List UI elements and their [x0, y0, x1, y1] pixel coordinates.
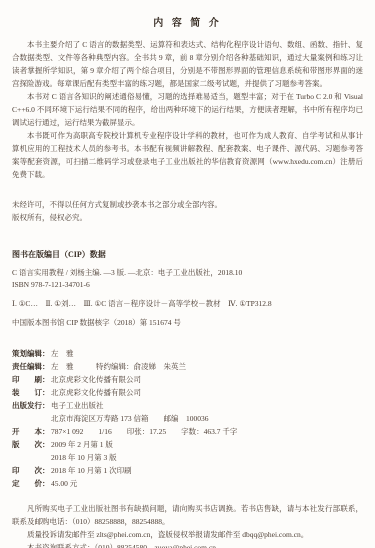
colophon-label: 印 次： [12, 464, 51, 477]
colophon-row-publisher-address: 北京市海淀区万寿路 173 信箱 邮编 100036 [12, 412, 363, 425]
summary-paragraph-2: 本书对 C 语言各知识的阐述通俗易懂，习题的选择难易适当，题型丰富；对于在 Tu… [12, 90, 363, 129]
colophon-label: 责任编辑： [12, 360, 51, 373]
colophon-row-printer: 印 刷： 北京虎彩文化传播有限公司 [12, 373, 363, 386]
cip-classification-line: Ⅰ. ①C… Ⅱ. ①刘… Ⅲ. ①C 语言－程序设计－高等学校－教材 Ⅳ. ①… [12, 298, 363, 310]
colophon-row-edition: 版 次： 2009 年 2 月第 1 版 [12, 438, 363, 451]
colophon-row-binder: 装 订： 北京虎彩文化传播有限公司 [12, 386, 363, 399]
colophon-value: 北京虎彩文化传播有限公司 [51, 386, 141, 399]
colophon-row-impression: 印 次： 2018 年 10 月第 1 次印刷 [12, 464, 363, 477]
colophon-row-edition-continued: 2018 年 10 月第 3 版 [12, 451, 363, 464]
colophon-value: 左 雅 [51, 347, 74, 360]
copyright-notice-line-2: 版权所有，侵权必究。 [12, 211, 363, 224]
colophon-value: 电子工业出版社 [51, 399, 104, 412]
colophon-label: 版 次： [12, 438, 51, 451]
colophon-row-planning-editor: 策划编辑： 左 雅 [12, 347, 363, 360]
content-summary-heading: 内 容 简 介 [12, 14, 363, 29]
summary-paragraph-1: 本书主要介绍了 C 语言的数据类型、运算符和表达式、结构化程序设计语句、数组、函… [12, 38, 363, 90]
colophon-label: 印 刷： [12, 373, 51, 386]
isbn-line: ISBN 978-7-121-34701-6 [12, 279, 363, 291]
colophon-value: 2018 年 10 月第 3 版 [51, 451, 117, 464]
book-copyright-page: 内 容 简 介 本书主要介绍了 C 语言的数据类型、运算符和表达式、结构化程序设… [0, 0, 375, 548]
colophon-label: 开 本： [12, 425, 51, 438]
colophon-label: 装 订： [12, 386, 51, 399]
colophon-label: 策划编辑： [12, 347, 51, 360]
colophon-value: 2009 年 2 月第 1 版 [51, 438, 113, 451]
colophon-value: 45.00 元 [51, 477, 77, 490]
colophon-row-publisher: 出版发行： 电子工业出版社 [12, 399, 363, 412]
copyright-notice-line-1: 未经许可，不得以任何方式复制或抄袭本书之部分或全部内容。 [12, 198, 363, 211]
cip-record-line: C 语言实用教程 / 刘杨主编. —3 版. —北京：电子工业出版社，2018.… [12, 267, 363, 279]
colophon-label [12, 451, 51, 464]
colophon-row-price: 定 价： 45.00 元 [12, 477, 363, 490]
copyright-notice-block: 未经许可，不得以任何方式复制或抄袭本书之部分或全部内容。 版权所有，侵权必究。 [12, 198, 363, 224]
colophon-block: 策划编辑： 左 雅 责任编辑： 左 雅 特约编辑：俞凌娣 朱英兰 印 刷： 北京… [12, 347, 363, 490]
colophon-label: 定 价： [12, 477, 51, 490]
colophon-row-format: 开 本： 787×1 092 1/16 印张：17.25 字数：463.7 千字 [12, 425, 363, 438]
summary-paragraph-3: 本书既可作为高职高专院校计算机专业程序设计学科的教材，也可作为成人教育、自学考试… [12, 129, 363, 181]
cip-registry-line: 中国版本图书馆 CIP 数据核字（2018）第 151674 号 [12, 317, 363, 329]
colophon-label [12, 412, 51, 425]
colophon-row-responsible-editor: 责任编辑： 左 雅 特约编辑：俞凌娣 朱英兰 [12, 360, 363, 373]
colophon-value: 2018 年 10 月第 1 次印刷 [51, 464, 132, 477]
colophon-value: 北京市海淀区万寿路 173 信箱 邮编 100036 [51, 412, 209, 425]
colophon-value: 左 雅 特约编辑：俞凌娣 朱英兰 [51, 360, 186, 373]
footer-note-exchange: 凡所购买电子工业出版社图书有缺损问题，请向购买书店调换。若书店售缺，请与本社发行… [12, 502, 363, 528]
content-summary-block: 本书主要介绍了 C 语言的数据类型、运算符和表达式、结构化程序设计语句、数组、函… [12, 38, 363, 181]
colophon-value: 787×1 092 1/16 印张：17.25 字数：463.7 千字 [51, 425, 237, 438]
colophon-value: 北京虎彩文化传播有限公司 [51, 373, 141, 386]
cip-block: 图书在版编目（CIP）数据 C 语言实用教程 / 刘杨主编. —3 版. —北京… [12, 248, 363, 329]
footer-note-consult-contact: 本书咨询联系方式：（010）88254580，zuoya@phei.com.cn… [12, 541, 363, 548]
footer-note-complaint-email: 质量投诉请发邮件至 zlts@phei.com.cn，盗版侵权举报请发邮件至 d… [12, 528, 363, 541]
purchase-contact-block: 凡所购买电子工业出版社图书有缺损问题，请向购买书店调换。若书店售缺，请与本社发行… [12, 502, 363, 548]
cip-heading: 图书在版编目（CIP）数据 [12, 248, 363, 261]
colophon-label: 出版发行： [12, 399, 51, 412]
